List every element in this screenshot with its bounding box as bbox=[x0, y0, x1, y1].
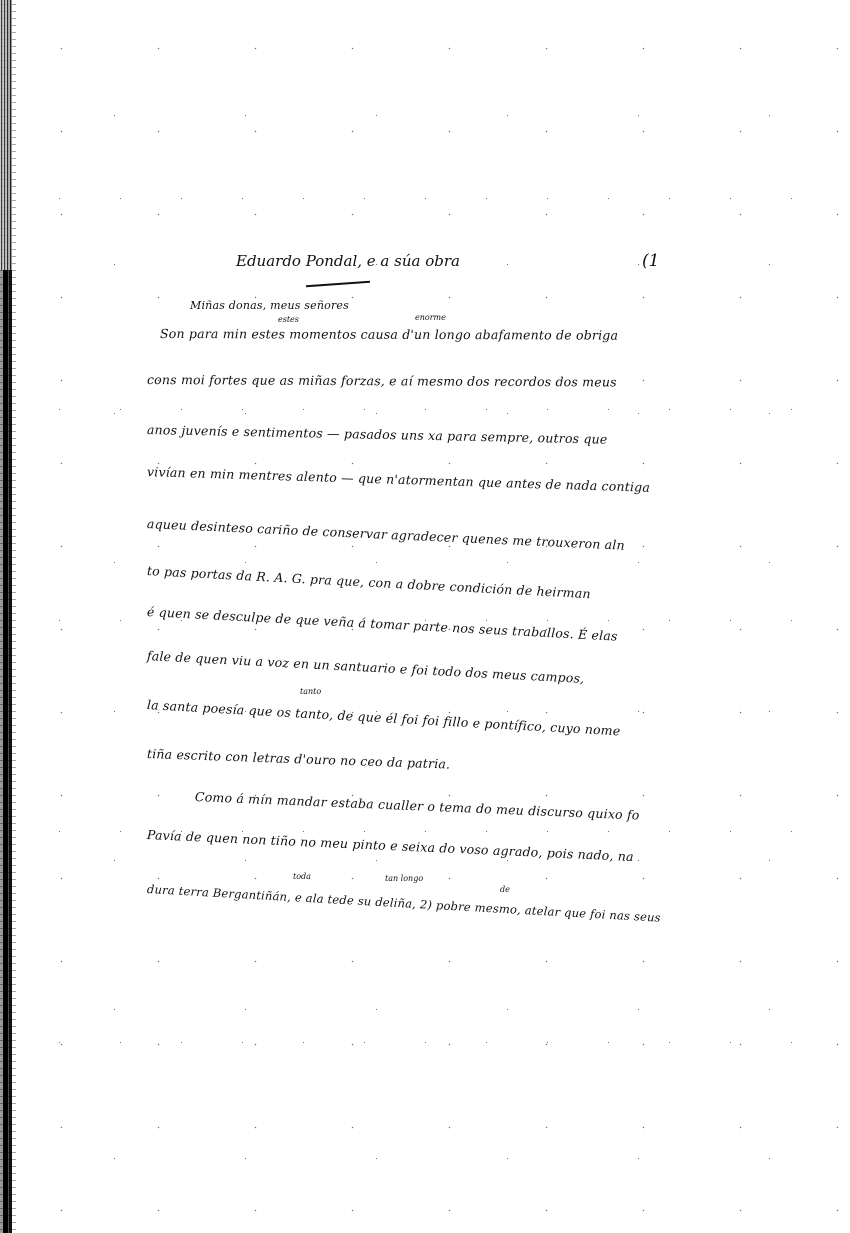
manuscript-line-11: Como á mín mandar estaba cualler o tema … bbox=[195, 789, 640, 823]
insertion-de: de bbox=[500, 885, 510, 894]
manuscript-line-5: aqueu desinteso cariño de conservar agra… bbox=[147, 516, 625, 553]
insertion-estes: estes bbox=[278, 315, 299, 324]
manuscript-line-12: Pavía de quen non tiño no meu pinto e se… bbox=[147, 827, 634, 864]
insertion-tanto: tanto bbox=[300, 687, 321, 696]
page-title: Eduardo Pondal, e a súa obra bbox=[236, 252, 460, 270]
manuscript-page: Eduardo Pondal, e a súa obra (1 Miñas do… bbox=[0, 0, 850, 1233]
manuscript-line-13: dura terra Bergantiñán, e ala tede su de… bbox=[147, 882, 662, 925]
manuscript-line-9: la santa poesía que os tanto, de que él … bbox=[147, 697, 621, 738]
scan-noise bbox=[0, 0, 850, 1233]
insertion-toda: toda bbox=[293, 872, 311, 881]
manuscript-line-10: tiña escrito con letras d'ouro no ceo da… bbox=[147, 746, 451, 772]
manuscript-line-1: Son para min estes momentos causa d'un l… bbox=[160, 326, 618, 343]
title-underline bbox=[306, 281, 370, 287]
manuscript-line-8: fale de quen viu a voz en un santuario e… bbox=[147, 648, 585, 686]
manuscript-line-3: anos juvenís e sentimentos — pasados uns… bbox=[147, 422, 608, 447]
manuscript-line-2: cons moi fortes que as miñas forzas, e a… bbox=[147, 372, 617, 389]
manuscript-line-7: é quen se desculpe de que veña á tomar p… bbox=[147, 604, 618, 644]
insertion-tan-longo: tan longo bbox=[385, 874, 423, 883]
salutation: Miñas donas, meus señores bbox=[190, 299, 349, 312]
insertion-enorme: enorme bbox=[415, 313, 446, 322]
page-number: (1 bbox=[642, 251, 659, 271]
binding-edge bbox=[0, 0, 16, 1233]
manuscript-line-4: vivían en min mentres alento — que n'ato… bbox=[147, 464, 650, 495]
manuscript-line-6: to pas portas da R. A. G. pra que, con a… bbox=[147, 563, 591, 601]
